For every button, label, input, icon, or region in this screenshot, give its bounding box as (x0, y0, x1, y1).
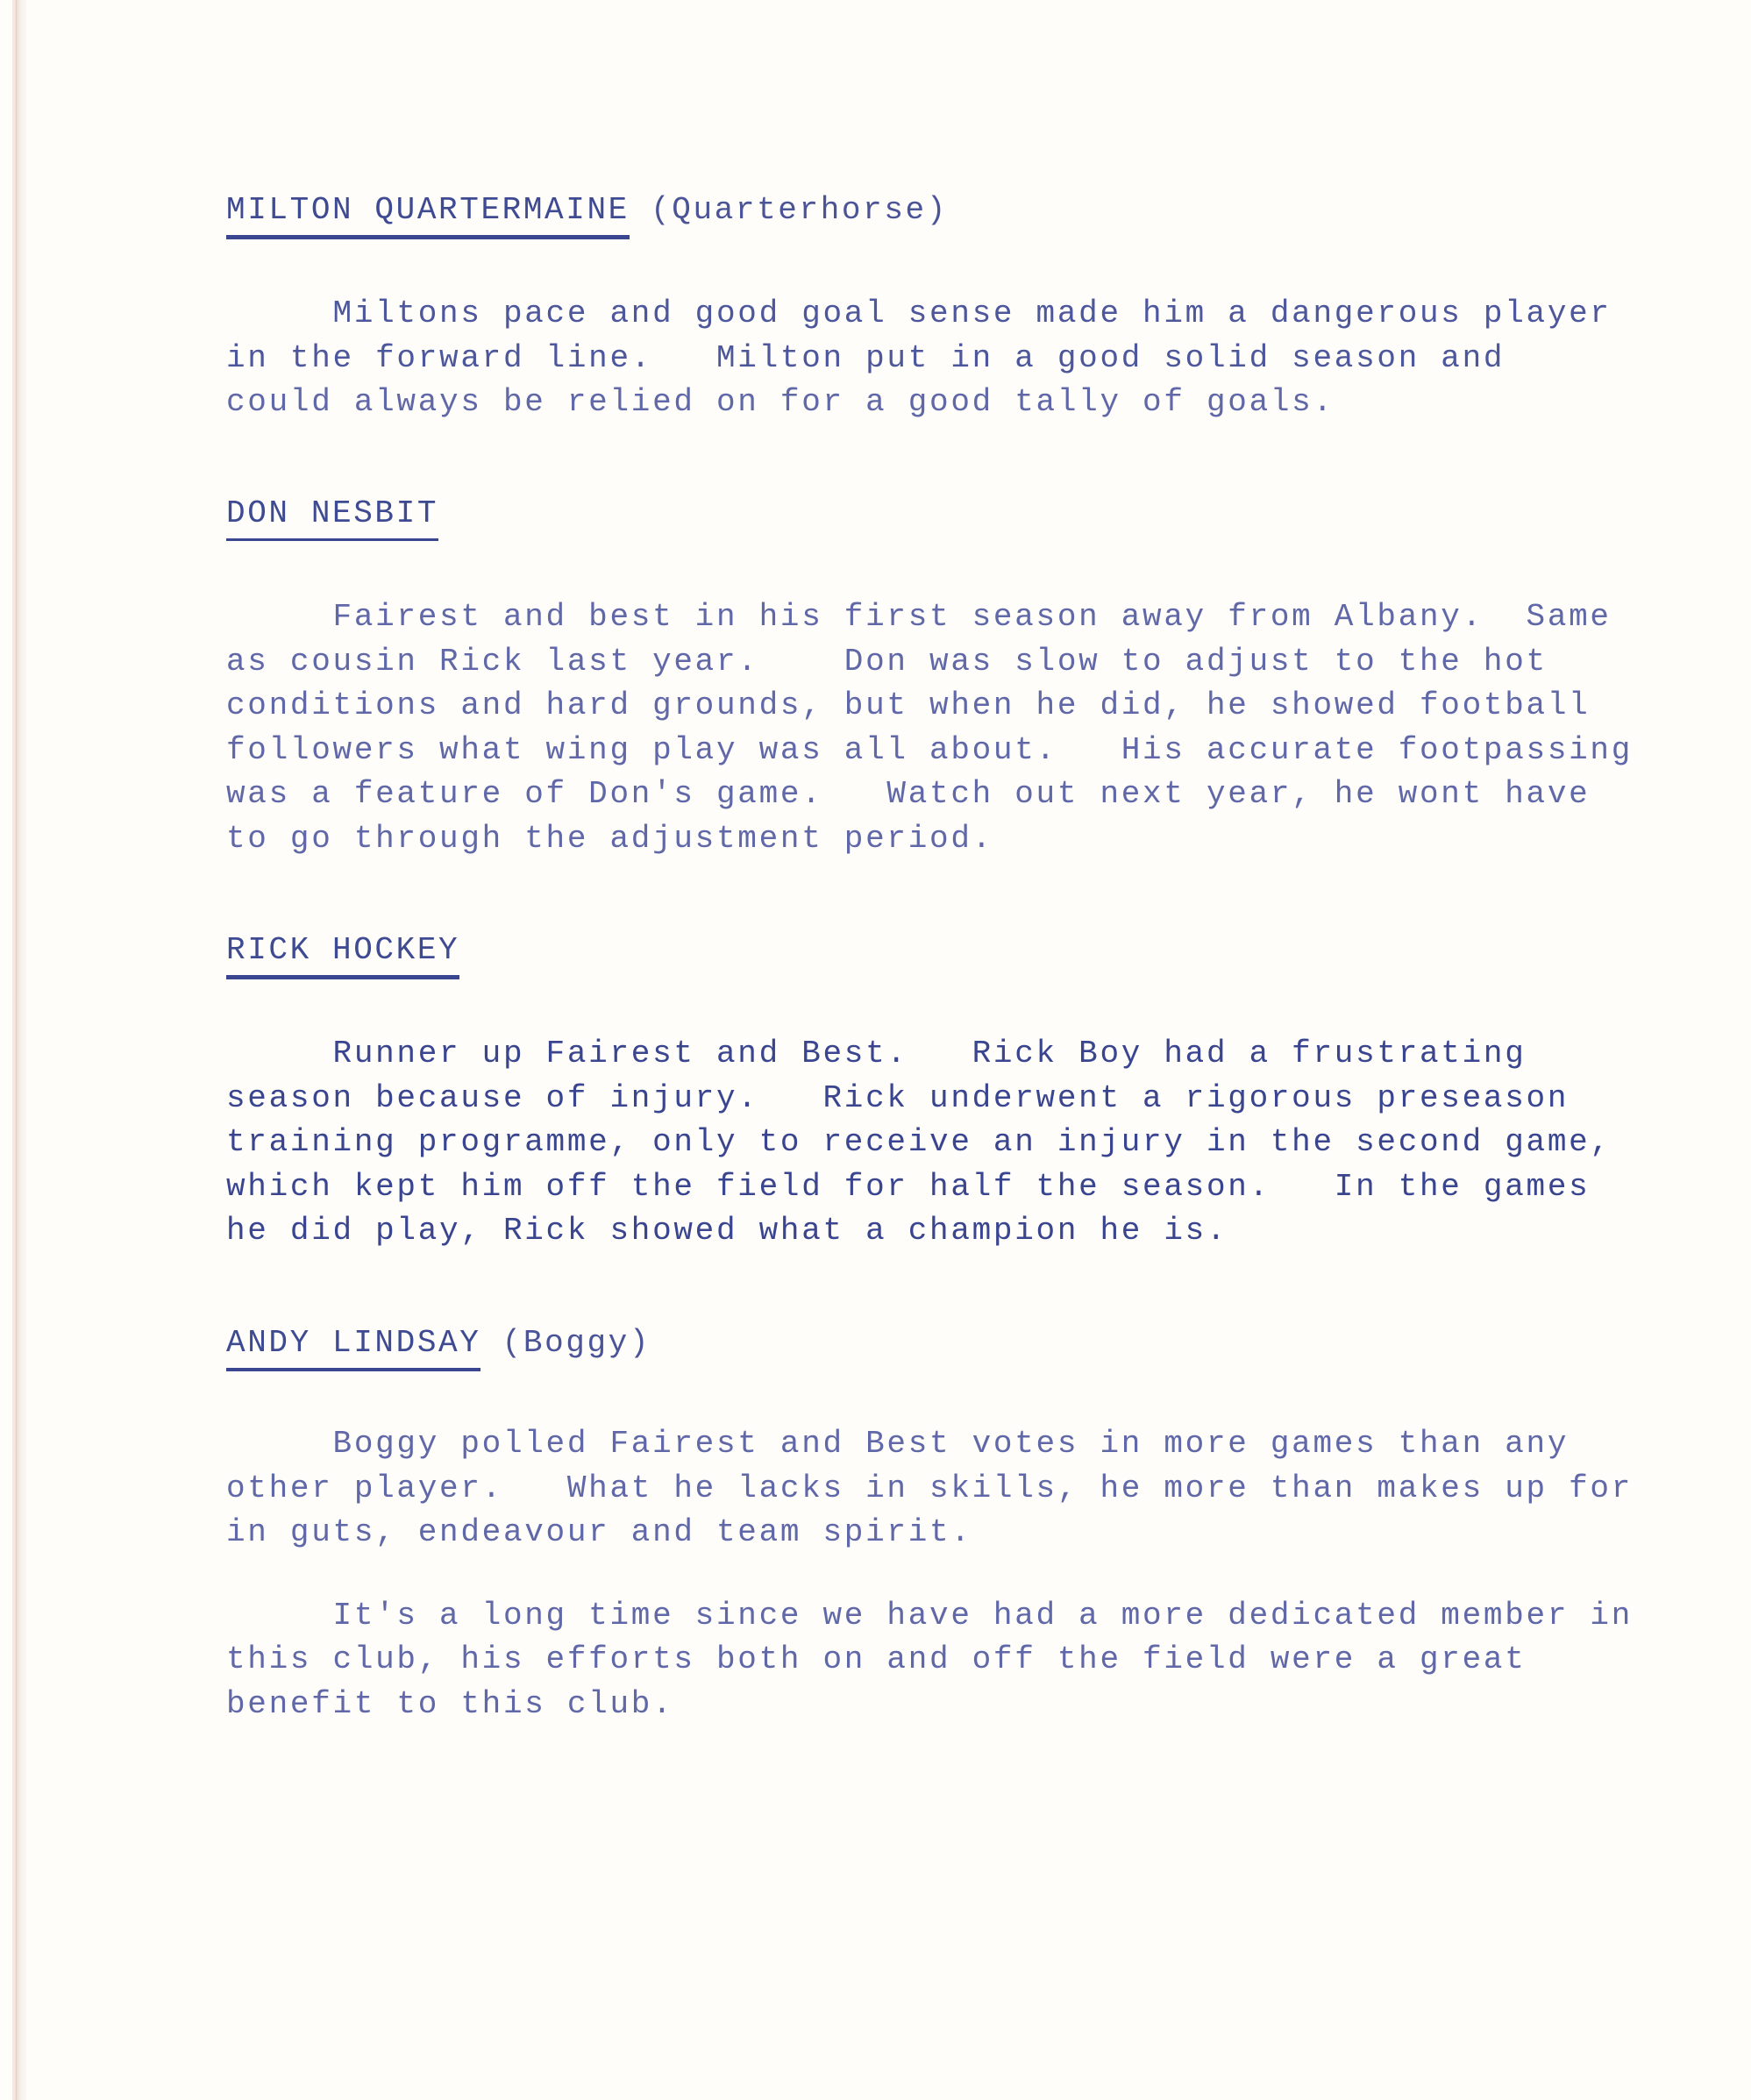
text-line: Fairest and best in his first season awa… (226, 595, 1717, 640)
player-name: ANDY LINDSAY (226, 1324, 480, 1371)
text-line: as cousin Rick last year. Don was slow t… (226, 640, 1717, 685)
player-heading: ANDY LINDSAY (Boggy) (226, 1324, 1717, 1371)
player-paragraph: Miltons pace and good goal sense made hi… (226, 292, 1717, 425)
page-binding-edge (12, 0, 26, 2100)
player-name: MILTON QUARTERMAINE (226, 191, 630, 239)
text-line: which kept him off the field for half th… (226, 1165, 1717, 1210)
text-line: in the forward line. Milton put in a goo… (226, 337, 1717, 381)
text-line: training programme, only to receive an i… (226, 1121, 1717, 1165)
text-line: followers what wing play was all about. … (226, 729, 1717, 773)
player-nickname: (Boggy) (480, 1325, 651, 1361)
player-heading: MILTON QUARTERMAINE (Quarterhorse) (226, 191, 1717, 239)
text-line: Boggy polled Fairest and Best votes in m… (226, 1422, 1717, 1467)
player-name: DON NESBIT (226, 495, 438, 541)
player-paragraph: Boggy polled Fairest and Best votes in m… (226, 1422, 1717, 1555)
text-line: It's a long time since we have had a mor… (226, 1594, 1717, 1639)
text-line: other player. What he lacks in skills, h… (226, 1467, 1717, 1512)
player-section-don: DON NESBIT Fairest and best in his first… (226, 495, 1717, 861)
text-line: was a feature of Don's game. Watch out n… (226, 772, 1717, 817)
player-heading: DON NESBIT (226, 495, 1717, 541)
player-paragraph: It's a long time since we have had a mor… (226, 1594, 1717, 1727)
text-line: he did play, Rick showed what a champion… (226, 1209, 1717, 1254)
text-line: in guts, endeavour and team spirit. (226, 1511, 1717, 1555)
player-section-rick: RICK HOCKEY Runner up Fairest and Best. … (226, 931, 1717, 1254)
text-line: to go through the adjustment period. (226, 817, 1717, 862)
player-section-andy: ANDY LINDSAY (Boggy) Boggy polled Faires… (226, 1324, 1717, 1726)
text-line: this club, his efforts both on and off t… (226, 1638, 1717, 1683)
text-line: could always be relied on for a good tal… (226, 381, 1717, 425)
player-paragraph: Fairest and best in his first season awa… (226, 595, 1717, 861)
text-line: conditions and hard grounds, but when he… (226, 684, 1717, 729)
text-line: benefit to this club. (226, 1683, 1717, 1727)
text-line: Miltons pace and good goal sense made hi… (226, 292, 1717, 337)
player-heading: RICK HOCKEY (226, 931, 1717, 979)
player-paragraph: Runner up Fairest and Best. Rick Boy had… (226, 1032, 1717, 1254)
text-line: Runner up Fairest and Best. Rick Boy had… (226, 1032, 1717, 1077)
player-section-milton: MILTON QUARTERMAINE (Quarterhorse) Milto… (226, 191, 1717, 425)
player-nickname: (Quarterhorse) (630, 192, 948, 228)
text-line: season because of injury. Rick underwent… (226, 1077, 1717, 1121)
player-name: RICK HOCKEY (226, 931, 459, 979)
